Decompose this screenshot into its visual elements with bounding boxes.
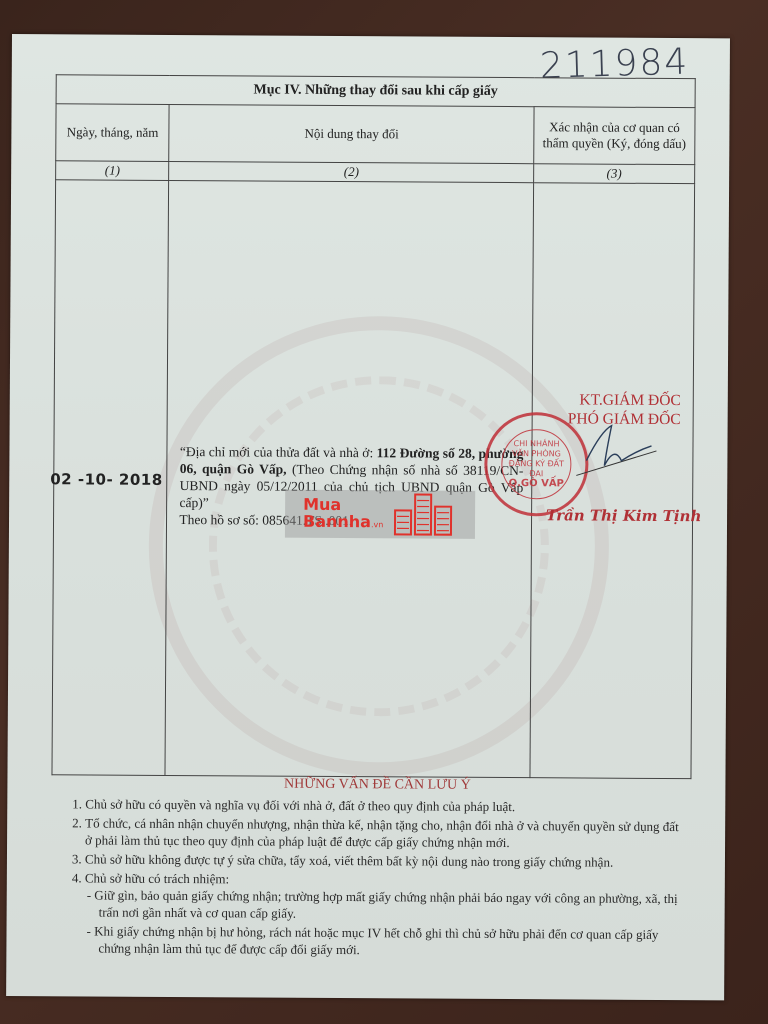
signer-name: Trần Thị Kim Tịnh [546, 506, 701, 525]
note-subitem: Khi giấy chứng nhận bị hư hỏng, rách nát… [98, 923, 686, 961]
notes-section: NHỮNG VẤN ĐỀ CẦN LƯU Ý Chủ sở hữu có quy… [66, 774, 687, 962]
stamp-line: CHI NHÁNH [513, 439, 559, 449]
header-date: Ngày, tháng, năm [56, 104, 170, 162]
signature-icon [556, 420, 666, 481]
section-title: Mục IV. Những thay đổi sau khi cấp giấy [56, 75, 695, 108]
note-item: Chủ sở hữu không được tự ý sửa chữa, tẩy… [85, 850, 687, 871]
buildings-icon [393, 492, 453, 536]
note-item: Tổ chức, cá nhân nhận chuyển nhượng, nhậ… [85, 814, 687, 852]
notes-title: NHỮNG VẤN ĐỀ CẦN LƯU Ý [67, 774, 687, 795]
note-item-text: Chủ sở hữu có trách nhiệm: [85, 870, 229, 886]
entry-date: 02 -10- 2018 [50, 466, 163, 489]
stamp-line: VĂN PHÒNG [512, 449, 561, 459]
watermark-line1: Mua [303, 496, 383, 513]
column-number-1: (1) [56, 161, 170, 181]
note-item: Chủ sở hữu có quyền và nghĩa vụ đối với … [85, 795, 687, 816]
content-prefix: “Địa chỉ mới của thửa đất và nhà ở: [180, 444, 377, 460]
watermark-suffix: .vn [371, 520, 383, 529]
header-content: Nội dung thay đổi [169, 104, 534, 163]
entry-content-cell: “Địa chỉ mới của thửa đất và nhà ở: 112 … [165, 180, 533, 777]
note-item: Chủ sở hữu có trách nhiệm: Giữ gìn, bảo … [84, 869, 687, 960]
changes-table: Mục IV. Những thay đổi sau khi cấp giấy … [51, 74, 695, 779]
column-number-3: (3) [534, 164, 695, 184]
entry-date-cell: 02 -10- 2018 [52, 180, 169, 776]
watermark-logo: Mua Bannha.vn [285, 490, 475, 539]
confirm-title-line1: KT.GIÁM ĐỐC [537, 390, 681, 410]
entry-confirmation-cell: KT.GIÁM ĐỐC PHÓ GIÁM ĐỐC CHI NHÁNH VĂN P… [530, 183, 695, 779]
certificate-page: 211984 Mục IV. Những thay đổi sau khi cấ… [6, 34, 730, 1000]
header-confirmation: Xác nhận của cơ quan có thẩm quyền (Ký, … [534, 107, 695, 165]
note-subitem: Giữ gìn, bảo quản giấy chứng nhận; trườn… [99, 887, 687, 925]
column-number-2: (2) [169, 161, 534, 182]
stamp-line: Q.GÒ VẤP [509, 479, 564, 489]
watermark-line2: Bannha [303, 512, 371, 531]
